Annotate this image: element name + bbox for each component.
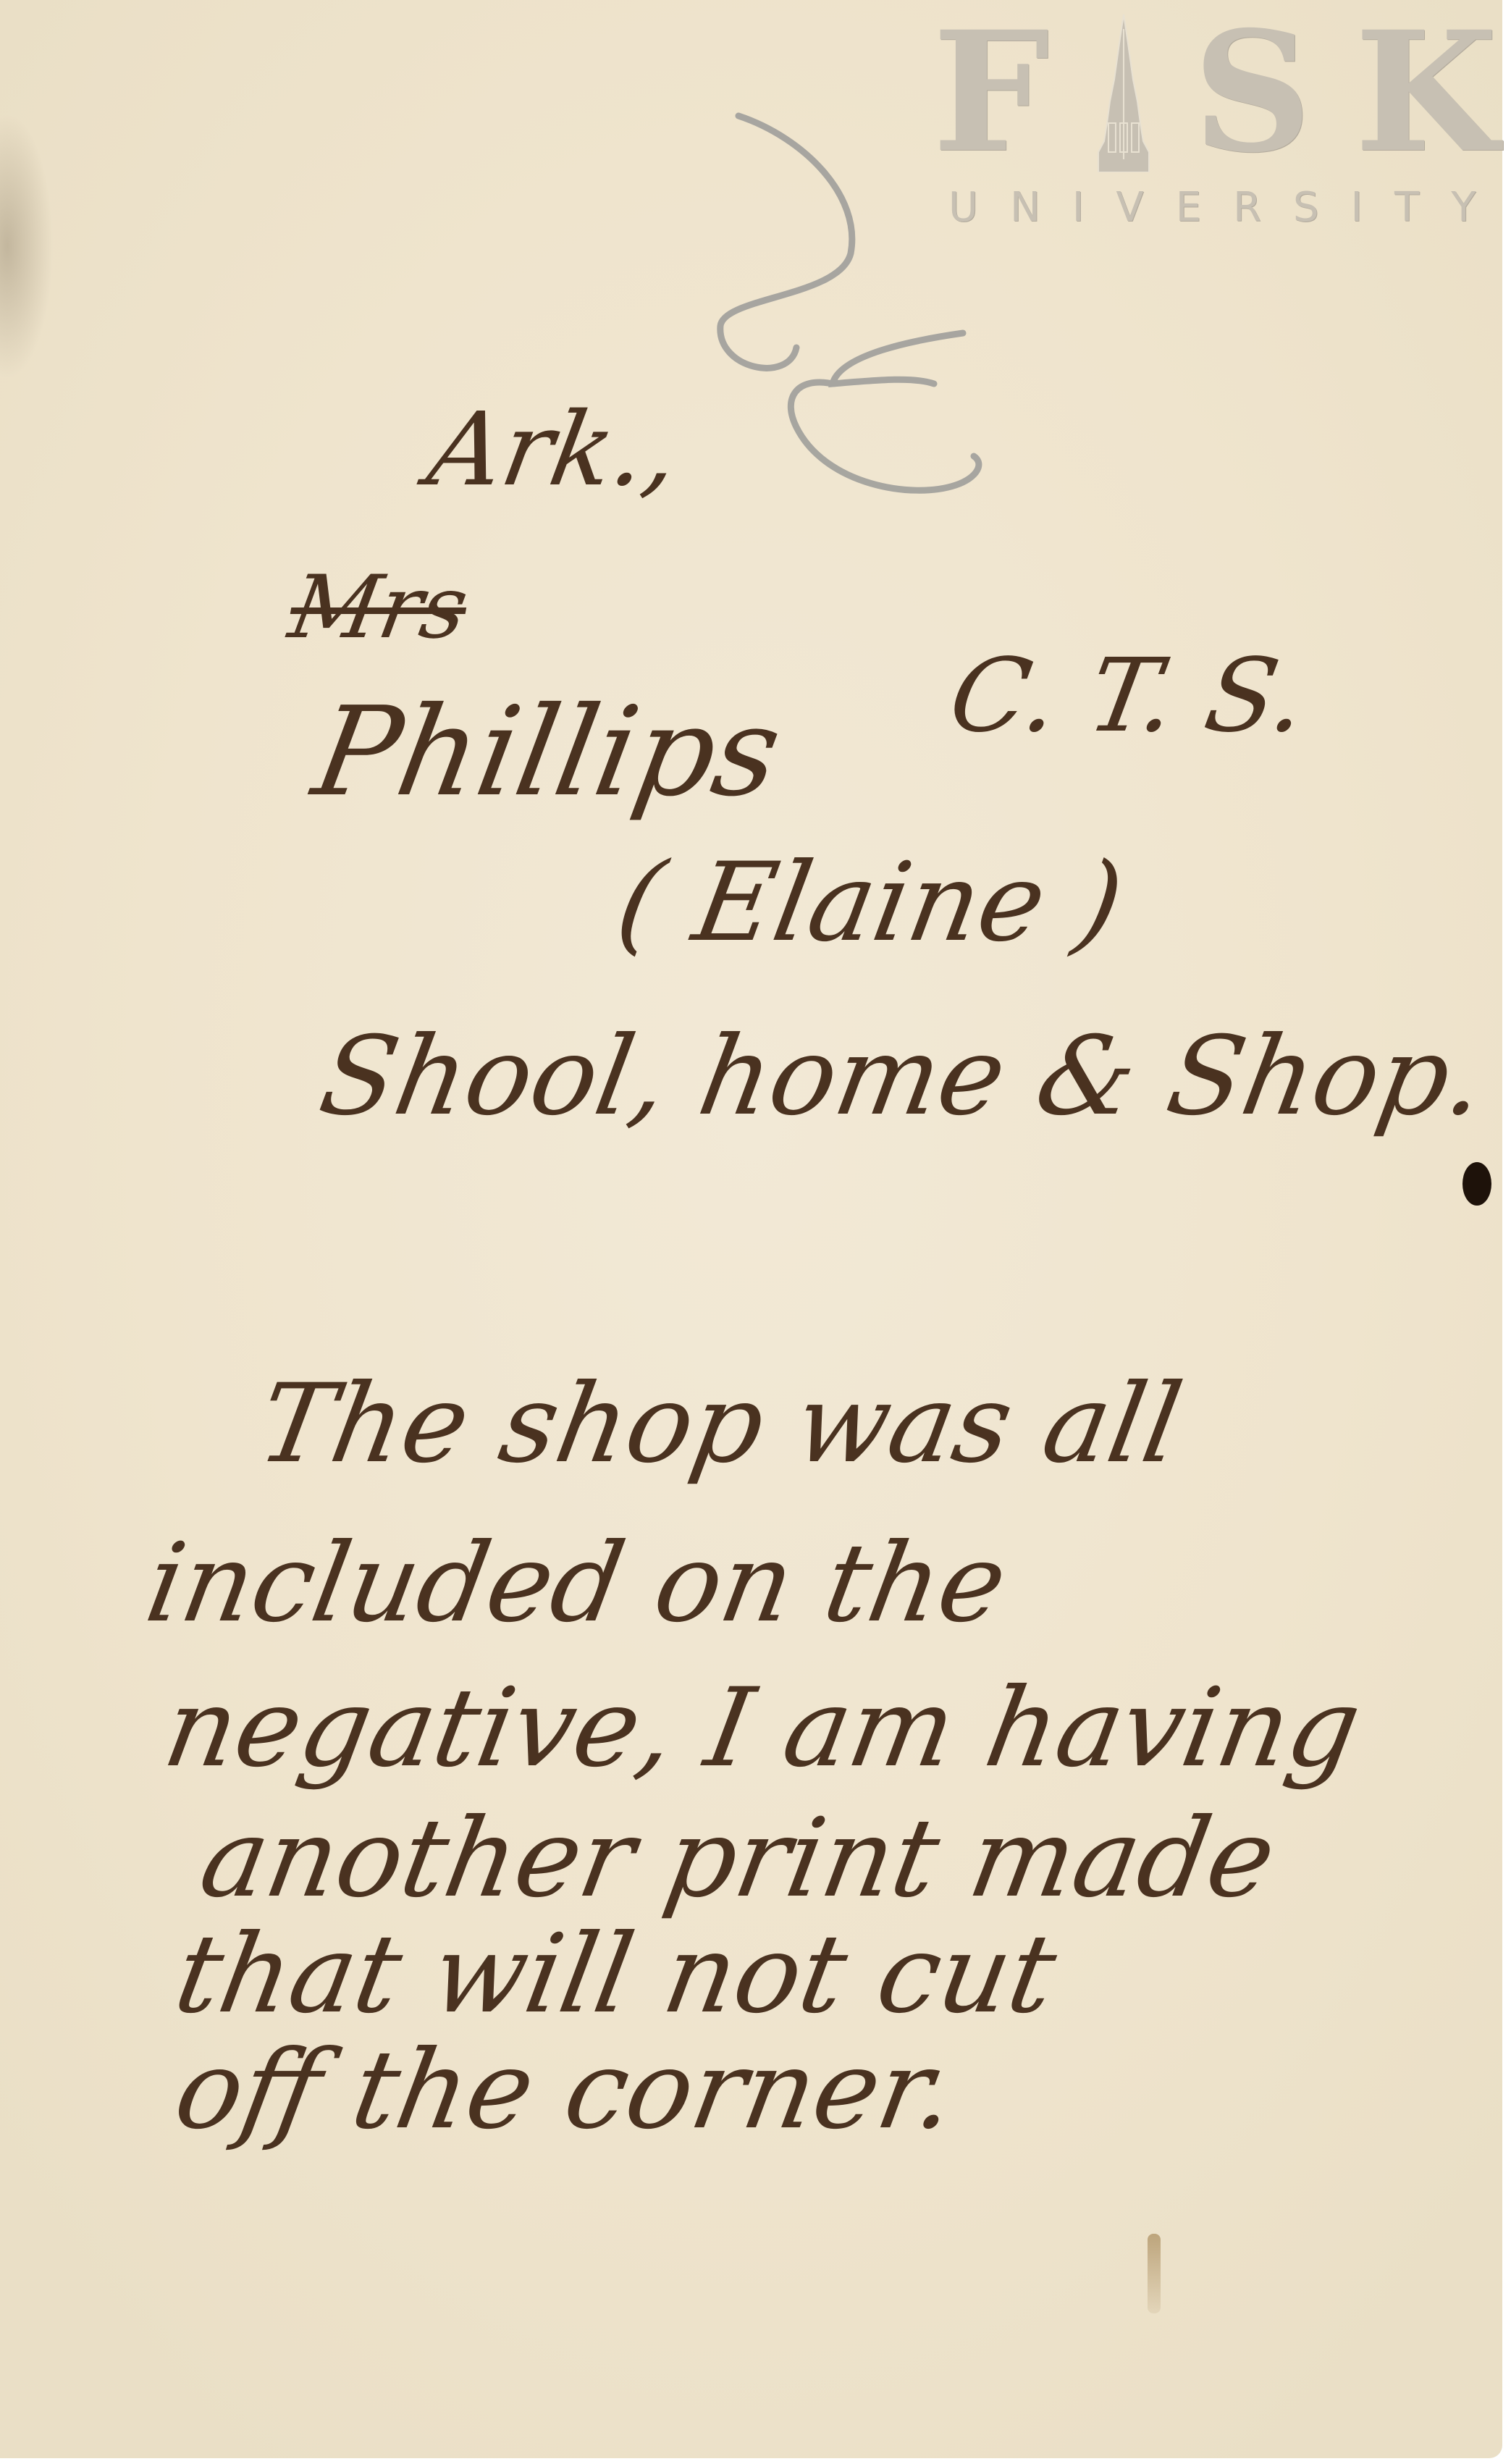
watermark-letter-k: K [1355,10,1502,174]
chapel-spire-icon [1093,10,1155,174]
body-line: The shop was all [250,1361,1190,1487]
body-line: another print made [192,1796,1284,1922]
paper-stain [1148,2234,1161,2313]
note-card: F S K UNIVERSITY Ark., Mrs Phillips C. T… [0,0,1502,2458]
subject-line: Shool, home & Shop. [311,1014,1494,1140]
watermark-letter-s: S [1192,10,1316,174]
state-abbreviation: Ark., [420,391,689,509]
place-name: ( Elaine ) [608,840,1132,966]
struck-title: Mrs [282,558,475,658]
body-line: included on the [138,1521,1016,1647]
ink-blot [1462,1162,1491,1206]
initials: C. T. S. [941,637,1316,755]
body-line: negative, I am having [156,1665,1369,1791]
surname: Phillips [304,681,791,824]
pencil-2e-icon [695,109,1028,514]
pencil-mark [695,109,1028,518]
body-line: off the corner. [167,2027,965,2153]
body-line: that will not cut [167,1912,1065,2038]
